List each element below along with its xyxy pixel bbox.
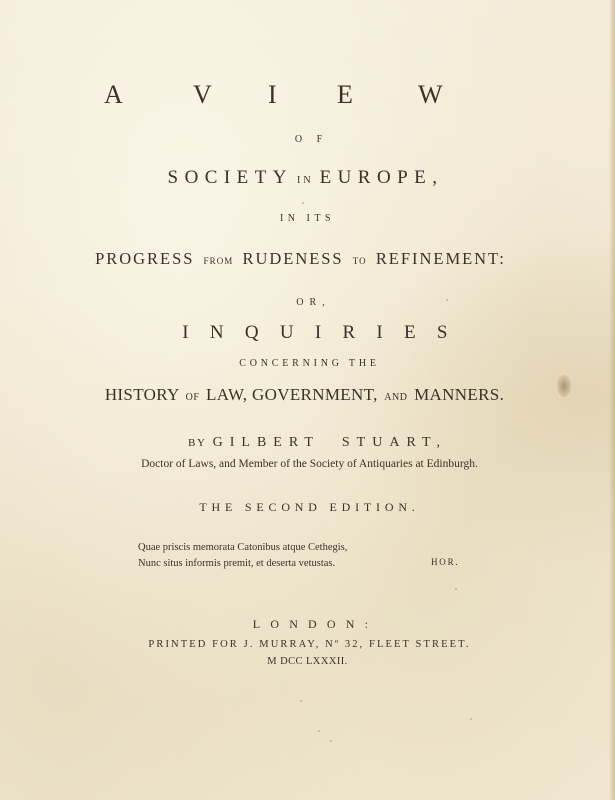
title-rudeness: RUDENESS [242, 249, 343, 268]
title-connector-to: TO [353, 256, 367, 266]
title-history: HISTORY [105, 385, 179, 404]
foxing-spot [470, 718, 472, 720]
title-europe: EUROPE, [320, 167, 444, 188]
edition-statement: THE SECOND EDITION. [2, 500, 615, 515]
title-refinement: REFINEMENT: [376, 249, 506, 268]
title-society-line: SOCIETYINEUROPE, [0, 167, 613, 189]
title-or: OR, [0, 297, 615, 308]
author-last-name: STUART, [342, 435, 447, 450]
title-in-its: IN ITS [0, 213, 615, 224]
title-history-line: HISTORY OF LAW, GOVERNMENT, AND MANNERS. [0, 385, 612, 405]
title-society: SOCIETY [168, 167, 293, 188]
foxing-spot [302, 202, 304, 204]
epigraph-line: Quae priscis memorata Catonibus atque Ce… [138, 540, 347, 556]
foxing-spot [318, 730, 320, 732]
title-inquiries: INQUIRIES [0, 322, 615, 344]
title-page: A V I E W O F SOCIETYINEUROPE, IN ITS PR… [0, 0, 615, 800]
author-by: BY [188, 437, 207, 449]
epigraph: Quae priscis memorata Catonibus atque Ce… [138, 540, 347, 572]
title-progress-line: PROGRESS FROM RUDENESS TO REFINEMENT: [0, 249, 608, 269]
title-letter: V [193, 80, 212, 110]
imprint-year: M DCC LXXXII. [0, 656, 615, 667]
title-letter: E [337, 80, 353, 110]
epigraph-source: HOR. [431, 557, 459, 567]
author-first-name: GILBERT [213, 435, 320, 450]
title-connector-from: FROM [204, 256, 234, 266]
title-connector-of: OF [186, 392, 200, 403]
foxing-spot [300, 700, 302, 702]
title-manners: MANNERS. [414, 385, 504, 404]
title-law-government: LAW, GOVERNMENT, [206, 385, 378, 404]
title-letter: W [418, 80, 443, 110]
title-connector-and: AND [384, 392, 407, 403]
title-letter: A [104, 80, 123, 110]
imprint-city: LONDON: [8, 617, 615, 632]
imprint-printer: PRINTED FOR J. MURRAY, Nº 32, FLEET STRE… [2, 639, 615, 650]
epigraph-line: Nunc situs informis premit, et deserta v… [138, 556, 347, 572]
author-line: BYGILBERTSTUART, [10, 435, 615, 451]
title-connector-in: IN [297, 175, 314, 186]
foxing-spot [330, 740, 332, 742]
foxing-spot [455, 588, 457, 590]
title-letter: I [268, 80, 277, 110]
title-progress: PROGRESS [95, 249, 194, 268]
title-of: O F [0, 134, 615, 145]
title-concerning: CONCERNING THE [2, 358, 615, 369]
author-credentials: Doctor of Laws, and Member of the Societ… [2, 458, 615, 470]
